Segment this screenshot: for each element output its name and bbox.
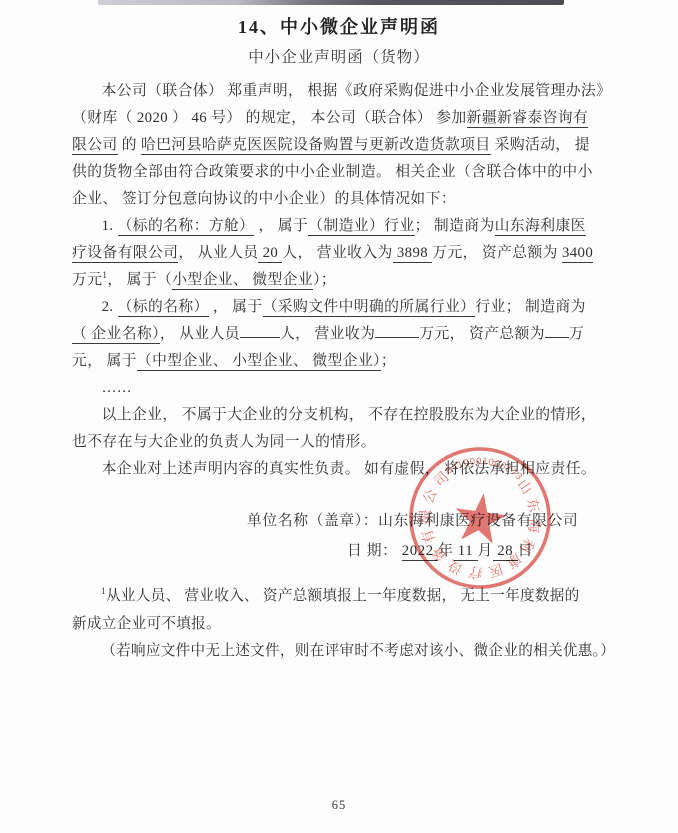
underlined-text: 疗设备有限公司 [72,245,178,263]
footnote: 1从业人员、 营业收入、 资产总额填报上一年度数据， 无上一年度数据的新成立企业… [72,583,606,666]
text-segment: 企业、 签订分包意向协议的中小企业）的具体情况如下： [72,191,456,207]
underlined-text: （ 企业名称） [72,326,160,344]
text-line: 新成立企业可不填报。 [72,611,606,639]
doc-title: 14、中小微企业声明函 [0,14,678,40]
text-line: 企业、 签订分包意向协议的中小企业）的具体情况如下： [72,186,606,213]
text-segment: 2. [102,299,118,315]
blank-underline [240,322,280,338]
underlined-text: 小型企业、 微型企业 [172,272,313,290]
text-segment: 月 [478,543,493,559]
text-line: 供的货物全部由符合政策要求的中小企业制造。 相关企业（含联合体中的中小 [72,159,606,186]
text-line: 元， 属于（中型企业、 小型企业、 微型企业）； [72,348,606,375]
text-segment: 也不存在与大企业的负责人为同一人的情形。 [72,434,376,450]
text-segment: ， 属于 [209,299,263,315]
text-line: 限公司 的 哈巴河县哈萨克医医院设备购置与更新改造货款项目 采购活动， 提 [72,132,606,159]
underlined-text: 新疆新睿泰咨询有 [467,110,589,128]
signature-block: 单位名称（盖章）：山东海利康医疗设备有限公司日 期： 2022 年 11 月 2… [72,507,606,565]
underlined-text: 3898 [393,245,432,263]
text-segment: 本企业对上述声明内容的真实性负责。 如有虚假， 将依法承担相应责任。 [102,461,597,477]
blank-underline [545,322,569,338]
underlined-text: （中型企业、 小型企业、 微型企业） [137,353,381,371]
text-segment: ； [381,353,396,369]
body-text: 本公司（联合体） 郑重声明， 根据《政府采购促进中小企业发展管理办法》（财库（ … [72,78,606,483]
text-segment: 万元， 资产总额为 [419,326,545,342]
text-segment: 单位名称（盖章）：山东海利康医疗设备有限公司 [247,513,578,529]
text-line: 本企业对上述声明内容的真实性负责。 如有虚假， 将依法承担相应责任。 [72,456,606,483]
page-number: 65 [0,798,678,813]
date-line: 日 期： 2022 年 11 月 28 日 [347,537,606,565]
doc-subtitle: 中小企业声明函（货物） [0,46,678,70]
text-segment: 采购活动， 提 [491,137,590,153]
blank-underline [375,322,419,338]
underlined-text: 2022 [402,543,438,561]
document-page: 14、中小微企业声明函 中小企业声明函（货物） 本公司（联合体） 郑重声明， 根… [0,0,678,833]
text-segment: 以上企业， 不属于大企业的分支机构， 不存在控股股东为大企业的情形， [102,407,597,423]
text-line: （ 企业名称）， 从业人员人， 营业收为万元， 资产总额为万 [72,321,606,348]
text-segment: 年 [438,543,453,559]
text-line: （财库（ 2020 ） 46 号） 的规定， 本公司（联合体） 参加新疆新睿泰咨… [72,105,606,132]
text-line: 万元1， 属于（小型企业、 微型企业）； [72,267,606,294]
text-segment: 新成立企业可不填报。 [72,616,221,632]
text-segment: ； 制造商为 [415,218,495,234]
text-segment: （若响应文件中无上述文件，则在评审时不考虑对该小、微企业的相关优惠。） [101,643,615,659]
text-line: 以上企业， 不属于大企业的分支机构， 不存在控股股东为大企业的情形， [72,402,606,429]
text-line: （若响应文件中无上述文件，则在评审时不考虑对该小、微企业的相关优惠。） [72,638,606,666]
text-line: …… [72,375,606,402]
text-segment: ， 属于（ [107,272,172,288]
text-segment: 1. [102,218,118,234]
text-segment: 元， 属于 [72,353,137,369]
text-segment: 的 [118,137,141,153]
text-segment: …… [102,380,132,396]
underlined-text: （标的名称：方舱） [118,218,255,236]
underlined-text: 3400 [562,245,593,263]
text-line: 也不存在与大企业的负责人为同一人的情形。 [72,429,606,456]
underlined-text: 限公司 [72,137,118,155]
text-segment: 日 期： [347,543,402,559]
underlined-text: （制造业）行业 [308,218,414,236]
svg-text:公: 公 [421,487,440,506]
text-line: 2. （标的名称） ， 属于（采购文件中明确的所属行业）行业； 制造商为 [72,294,606,321]
unit-name-line: 单位名称（盖章）：山东海利康医疗设备有限公司 [247,507,606,535]
text-line: 疗设备有限公司， 从业人员 20 人， 营业收入为 3898 万元， 资产总额为… [72,240,606,267]
underlined-text: 山东海利康医 [495,218,586,236]
text-line: 本公司（联合体） 郑重声明， 根据《政府采购促进中小企业发展管理办法》 [72,78,606,105]
text-segment: 行业； 制造商为 [475,299,585,315]
text-segment: 万元 [72,272,102,288]
underlined-text: 20 [258,245,282,263]
underlined-text: 11 [454,543,478,561]
underlined-text: 哈巴河县哈萨克医医院设备购置与更新改造货款项目 [141,137,491,155]
text-segment: ， 从业人员 [160,326,240,342]
underlined-text: （采购文件中明确的所属行业） [263,299,476,317]
text-segment: 日 [518,543,533,559]
underlined-text: 28 [493,543,518,561]
text-segment: ， 属于 [254,218,308,234]
text-segment: ， 从业人员 [178,245,258,261]
text-segment: 从业人员、 营业收入、 资产总额填报上一年度数据， 无上一年度数据的 [106,588,580,604]
text-line: 1. （标的名称：方舱） ， 属于（制造业）行业； 制造商为山东海利康医 [72,213,606,240]
text-segment: 本公司（联合体） 郑重声明， 根据《政府采购促进中小企业发展管理办法》 [102,83,612,99]
text-segment: 人， 营业收入为 [282,245,392,261]
text-segment: （财库（ 2020 ） 46 号） 的规定， 本公司（联合体） 参加 [72,110,467,126]
svg-text:疗: 疗 [468,563,483,580]
text-segment: 万元， 资产总额为 [432,245,562,261]
text-line: 1从业人员、 营业收入、 资产总额填报上一年度数据， 无上一年度数据的 [72,583,606,611]
scan-artifact-top [98,0,564,5]
underlined-text: （标的名称） [118,299,209,317]
text-segment: 供的货物全部由符合政策要求的中小企业制造。 相关企业（含联合体中的中小 [72,164,593,180]
text-segment: 万 [569,326,584,342]
text-segment: ）； [313,272,336,288]
text-segment: 人， 营业收为 [280,326,375,342]
